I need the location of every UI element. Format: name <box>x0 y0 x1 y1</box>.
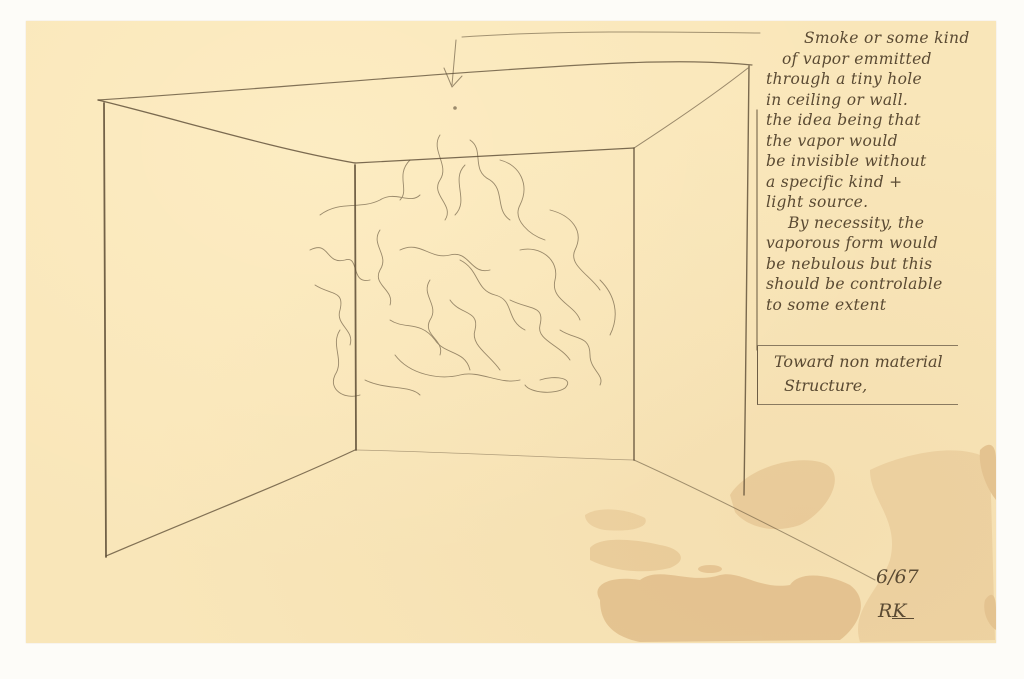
handwritten-notes: Smoke or some kind of vapor emmitted thr… <box>766 28 996 315</box>
signature-date: 6/67 <box>876 563 919 591</box>
title-text: Toward non material Structure, <box>774 350 943 398</box>
note-line: the idea being that <box>766 110 996 131</box>
ceiling-right-diagonal <box>634 68 748 148</box>
title-box: Toward non material Structure, <box>757 345 958 405</box>
note-line: to some extent <box>766 295 996 316</box>
note-line: of vapor emmitted <box>766 49 996 70</box>
signature-initials: RK <box>878 600 907 622</box>
note-line: be invisible without <box>766 151 996 172</box>
note-line: By necessity, the <box>766 213 996 234</box>
note-line: a specific kind + <box>766 172 996 193</box>
title-line-1: Toward non material <box>774 352 943 371</box>
note-line: Smoke or some kind <box>766 28 996 49</box>
water-stains <box>585 445 996 642</box>
right-wall-front <box>744 66 749 495</box>
note-line: the vapor would <box>766 131 996 152</box>
note-line: vaporous form would <box>766 233 996 254</box>
ceiling-front-edge <box>98 62 752 100</box>
note-line: in ceiling or wall. <box>766 90 996 111</box>
pointer-line <box>462 32 760 37</box>
note-line: through a tiny hole <box>766 69 996 90</box>
back-wall-bottom <box>356 450 634 460</box>
floor-left-diagonal <box>106 450 355 556</box>
title-line-2: Structure, <box>774 374 943 398</box>
note-line: be nebulous but this <box>766 254 996 275</box>
back-wall-top <box>355 148 634 163</box>
left-wall-front <box>104 103 106 557</box>
ceiling-left-diagonal <box>98 100 355 163</box>
back-wall-left <box>355 165 356 450</box>
pointer-arrow <box>444 40 462 87</box>
note-line: should be controlable <box>766 274 996 295</box>
note-line: light source. <box>766 192 996 213</box>
